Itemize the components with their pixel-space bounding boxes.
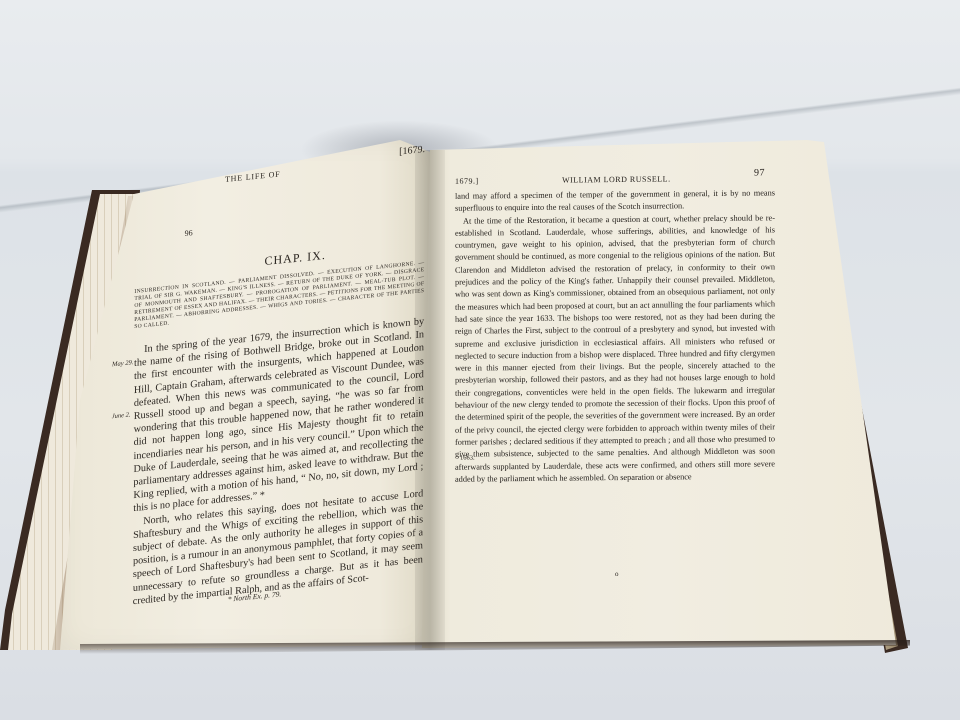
left-running-head: THE LIFE OF: [225, 169, 281, 184]
chapter-heading: CHAP. IX.: [264, 248, 325, 269]
left-page-text: THE LIFE OF [1679. 96 CHAP. IX. Insurrec…: [133, 150, 425, 629]
right-page-number: 97: [754, 167, 765, 182]
left-page-number: 96: [185, 228, 193, 238]
right-paragraph-2: At the time of the Restoration, it becam…: [455, 212, 775, 486]
right-running-head: WILLIAM LORD RUSSELL.: [562, 174, 671, 184]
right-running-head-row: 1679.] WILLIAM LORD RUSSELL. 97: [455, 173, 765, 185]
right-margin-note: 1663.: [460, 455, 475, 462]
left-body-text: In the spring of the year 1679, the insu…: [133, 315, 424, 608]
signature-mark: o: [615, 570, 619, 578]
right-year-bracket: 1679.]: [455, 176, 479, 185]
right-page-text: 1679.] WILLIAM LORD RUSSELL. 97 land may…: [455, 173, 785, 576]
right-paragraph-1: land may afford a specimen of the temper…: [455, 187, 775, 215]
right-body-text: land may afford a specimen of the temper…: [455, 187, 775, 485]
left-year-bracket: [1679.: [399, 144, 425, 158]
left-paragraph-1: In the spring of the year 1679, the insu…: [133, 315, 424, 516]
